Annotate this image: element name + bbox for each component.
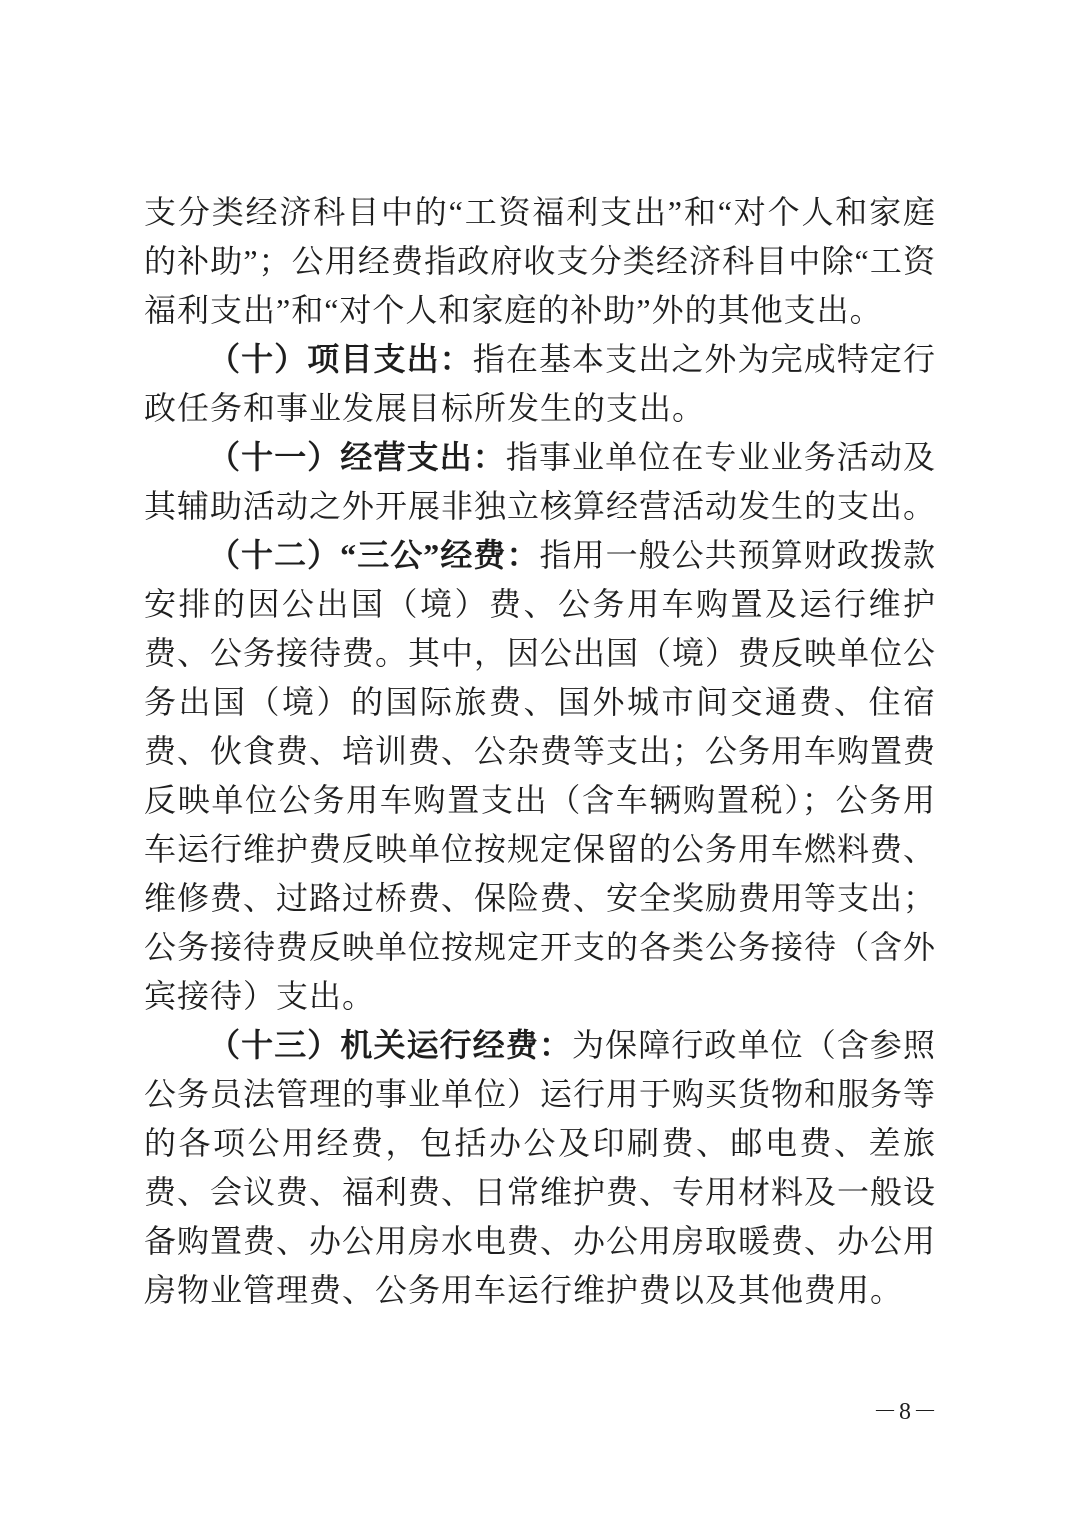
paragraph-3: （十一）经营支出：指事业单位在专业业务活动及其辅助活动之外开展非独立核算经营活动… <box>144 433 936 531</box>
paragraph-2-lead: （十）项目支出： <box>208 341 473 377</box>
paragraph-1-text: 支分类经济科目中的“工资福利支出”和“对个人和家庭的补助”；公用经费指政府收支分… <box>144 194 936 328</box>
body-text: 支分类经济科目中的“工资福利支出”和“对个人和家庭的补助”；公用经费指政府收支分… <box>144 188 936 1315</box>
page-number: －8－ <box>873 1396 939 1428</box>
paragraph-3-lead: （十一）经营支出： <box>208 439 506 475</box>
paragraph-4-lead: （十二）“三公”经费： <box>208 537 540 573</box>
document-page: 支分类经济科目中的“工资福利支出”和“对个人和家庭的补助”；公用经费指政府收支分… <box>0 0 1069 1515</box>
paragraph-4: （十二）“三公”经费：指用一般公共预算财政拨款安排的因公出国（境）费、公务用车购… <box>144 531 936 1021</box>
paragraph-2: （十）项目支出：指在基本支出之外为完成特定行政任务和事业发展目标所发生的支出。 <box>144 335 936 433</box>
paragraph-5-lead: （十三）机关运行经费： <box>208 1027 572 1063</box>
paragraph-5-text: 为保障行政单位（含参照公务员法管理的事业单位）运行用于购买货物和服务等的各项公用… <box>144 1027 936 1308</box>
paragraph-1: 支分类经济科目中的“工资福利支出”和“对个人和家庭的补助”；公用经费指政府收支分… <box>144 188 936 335</box>
paragraph-4-text: 指用一般公共预算财政拨款安排的因公出国（境）费、公务用车购置及运行维护费、公务接… <box>144 537 936 1014</box>
paragraph-5: （十三）机关运行经费：为保障行政单位（含参照公务员法管理的事业单位）运行用于购买… <box>144 1021 936 1315</box>
